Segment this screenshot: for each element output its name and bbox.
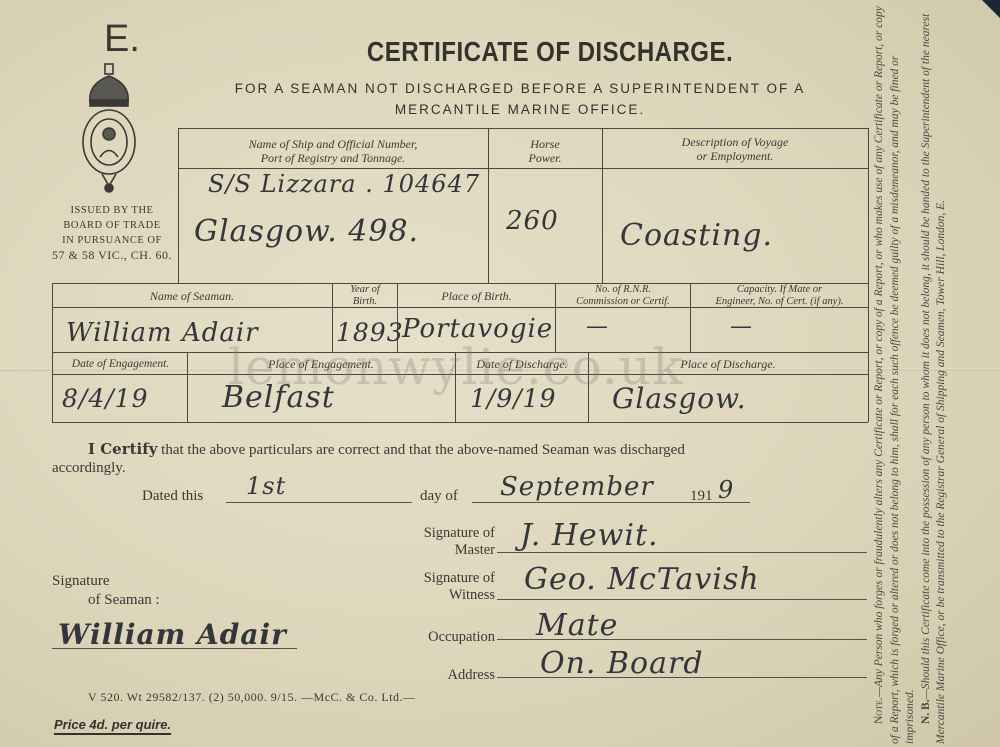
header-capacity-line1: Capacity. If Mate or xyxy=(692,284,867,296)
table-border xyxy=(52,374,868,375)
royal-crest-icon xyxy=(80,62,138,194)
header-ship-line2: Port of Registry and Tonnage. xyxy=(180,151,486,165)
header-yob-line1: Year of xyxy=(334,284,396,296)
dated-this-line xyxy=(226,502,412,503)
witness-signature-line xyxy=(497,599,867,600)
note-label: Note. xyxy=(873,697,885,724)
form-letter: E. xyxy=(104,18,140,61)
table-border xyxy=(455,352,456,422)
capacity-value[interactable]: — xyxy=(730,314,753,339)
month-value[interactable]: September xyxy=(500,472,654,502)
table-border xyxy=(52,352,868,353)
note-paragraph: Note.—Any Person who forges or fraudulen… xyxy=(872,4,919,744)
table-border xyxy=(488,128,489,284)
place-of-engagement-value[interactable]: Belfast xyxy=(222,380,335,415)
header-rnr-line2: Commission or Certif. xyxy=(557,296,689,308)
header-capacity: Capacity. If Mate or Engineer, No. of Ce… xyxy=(692,284,867,308)
witness-signature-label: Signature of Witness xyxy=(380,570,495,604)
header-voyage: Description of Voyage or Employment. xyxy=(604,135,866,163)
header-hp-line2: Power. xyxy=(490,151,600,165)
occupation-label: Occupation xyxy=(380,629,495,646)
certify-text-line2: accordingly. xyxy=(52,460,126,477)
day-of-label: day of xyxy=(420,488,458,505)
table-border xyxy=(588,352,589,422)
header-capacity-line2: Engineer, No. of Cert. (if any). xyxy=(692,296,867,308)
print-code: V 520. Wt 29582/137. (2) 50,000. 9/15. —… xyxy=(88,690,416,705)
table-border xyxy=(178,128,179,284)
header-rnr: No. of R.N.R. Commission or Certif. xyxy=(557,284,689,308)
master-signature-value[interactable]: J. Hewit. xyxy=(520,518,659,553)
header-place-of-engagement: Place of Engagement. xyxy=(189,357,453,371)
header-date-of-engagement: Date of Engagement. xyxy=(54,357,187,371)
header-yob-line2: Birth. xyxy=(334,296,396,308)
certify-lead: I Certify xyxy=(88,440,157,458)
date-of-discharge-value[interactable]: 1/9/19 xyxy=(470,384,556,413)
header-voyage-line1: Description of Voyage xyxy=(604,135,866,149)
master-label-line1: Signature of xyxy=(380,525,495,542)
dated-day-value[interactable]: 1st xyxy=(246,472,286,500)
header-place-of-discharge: Place of Discharge. xyxy=(590,357,866,371)
year-prefix: 191 xyxy=(690,488,713,505)
table-border xyxy=(52,422,868,423)
table-border xyxy=(187,352,188,422)
subtitle-line-2: MERCANTILE MARINE OFFICE. xyxy=(190,99,850,120)
header-ship-line1: Name of Ship and Official Number, xyxy=(180,137,486,151)
header-horse-power: Horse Power. xyxy=(490,137,600,165)
place-of-discharge-value[interactable]: Glasgow. xyxy=(612,382,747,415)
subtitle-line-1: FOR A SEAMAN NOT DISCHARGED BEFORE A SUP… xyxy=(190,78,850,99)
header-hp-line1: Horse xyxy=(490,137,600,151)
page-corner xyxy=(982,0,1000,18)
header-year-of-birth: Year of Birth. xyxy=(334,284,396,308)
master-signature-label: Signature of Master xyxy=(380,525,495,559)
witness-label-line2: Witness xyxy=(380,587,495,604)
year-of-birth-value[interactable]: 1893 xyxy=(336,318,404,347)
issued-line-1: ISSUED BY THE xyxy=(52,203,172,218)
year-suffix-value[interactable]: 9 xyxy=(718,476,734,504)
side-note: Note.—Any Person who forges or fraudulen… xyxy=(872,4,950,744)
witness-label-line1: Signature of xyxy=(380,570,495,587)
price-note: Price 4d. per quire. xyxy=(54,717,171,735)
witness-signature-value[interactable]: Geo. McTavish xyxy=(524,562,760,597)
header-place-of-birth: Place of Birth. xyxy=(399,289,554,303)
dated-this-label: Dated this xyxy=(142,488,203,505)
seaman-label-line1: Signature xyxy=(52,572,160,591)
header-rnr-line1: No. of R.N.R. xyxy=(557,284,689,296)
certify-statement: I Certify that the above particulars are… xyxy=(88,440,685,459)
horse-power-value[interactable]: 260 xyxy=(506,206,559,236)
address-value[interactable]: On. Board xyxy=(540,646,704,681)
seaman-name-value[interactable]: William Adair xyxy=(66,318,259,348)
nb-text: —Should this Certificate come into the p… xyxy=(920,14,948,744)
certify-text-line1: that the above particulars are correct a… xyxy=(161,442,685,458)
nb-paragraph: N. B.—Should this Certificate come into … xyxy=(919,4,950,744)
issued-by-text: ISSUED BY THE BOARD OF TRADE IN PURSUANC… xyxy=(52,203,172,263)
issued-line-3: IN PURSUANCE OF xyxy=(52,233,172,248)
table-border xyxy=(178,168,868,169)
port-tonnage-value[interactable]: Glasgow. 498. xyxy=(194,214,419,249)
header-date-of-discharge: Date of Discharge. xyxy=(457,357,587,371)
voyage-value[interactable]: Coasting. xyxy=(620,218,773,253)
seaman-signature-label: Signature of Seaman : xyxy=(52,572,160,610)
rnr-value[interactable]: — xyxy=(586,314,609,339)
table-border xyxy=(332,283,333,352)
table-border xyxy=(602,128,603,284)
page-title: CERTIFICATE OF DISCHARGE. xyxy=(335,36,765,68)
address-label: Address xyxy=(380,667,495,684)
table-border xyxy=(690,283,691,352)
table-border xyxy=(178,128,868,129)
header-voyage-line2: or Employment. xyxy=(604,149,866,163)
seaman-label-line2: of Seaman : xyxy=(52,591,160,610)
table-border xyxy=(868,128,869,422)
issued-line-2: BOARD OF TRADE xyxy=(52,218,172,233)
place-of-birth-value[interactable]: Portavogie xyxy=(402,314,553,344)
header-ship: Name of Ship and Official Number, Port o… xyxy=(180,137,486,165)
nb-label: N. B. xyxy=(920,699,932,724)
ship-name-value[interactable]: S/S Lizzara . 104647 xyxy=(208,170,480,198)
occupation-value[interactable]: Mate xyxy=(536,608,618,643)
subtitle: FOR A SEAMAN NOT DISCHARGED BEFORE A SUP… xyxy=(190,78,850,120)
seaman-signature-value[interactable]: William Adair xyxy=(58,618,287,651)
table-border xyxy=(555,283,556,352)
date-of-engagement-value[interactable]: 8/4/19 xyxy=(62,384,148,413)
header-seaman-name: Name of Seaman. xyxy=(54,289,330,303)
note-text: —Any Person who forges or fraudulently a… xyxy=(873,6,916,744)
master-label-line2: Master xyxy=(380,542,495,559)
issued-line-4: 57 & 58 VIC., CH. 60. xyxy=(52,248,172,263)
table-border xyxy=(52,283,53,422)
